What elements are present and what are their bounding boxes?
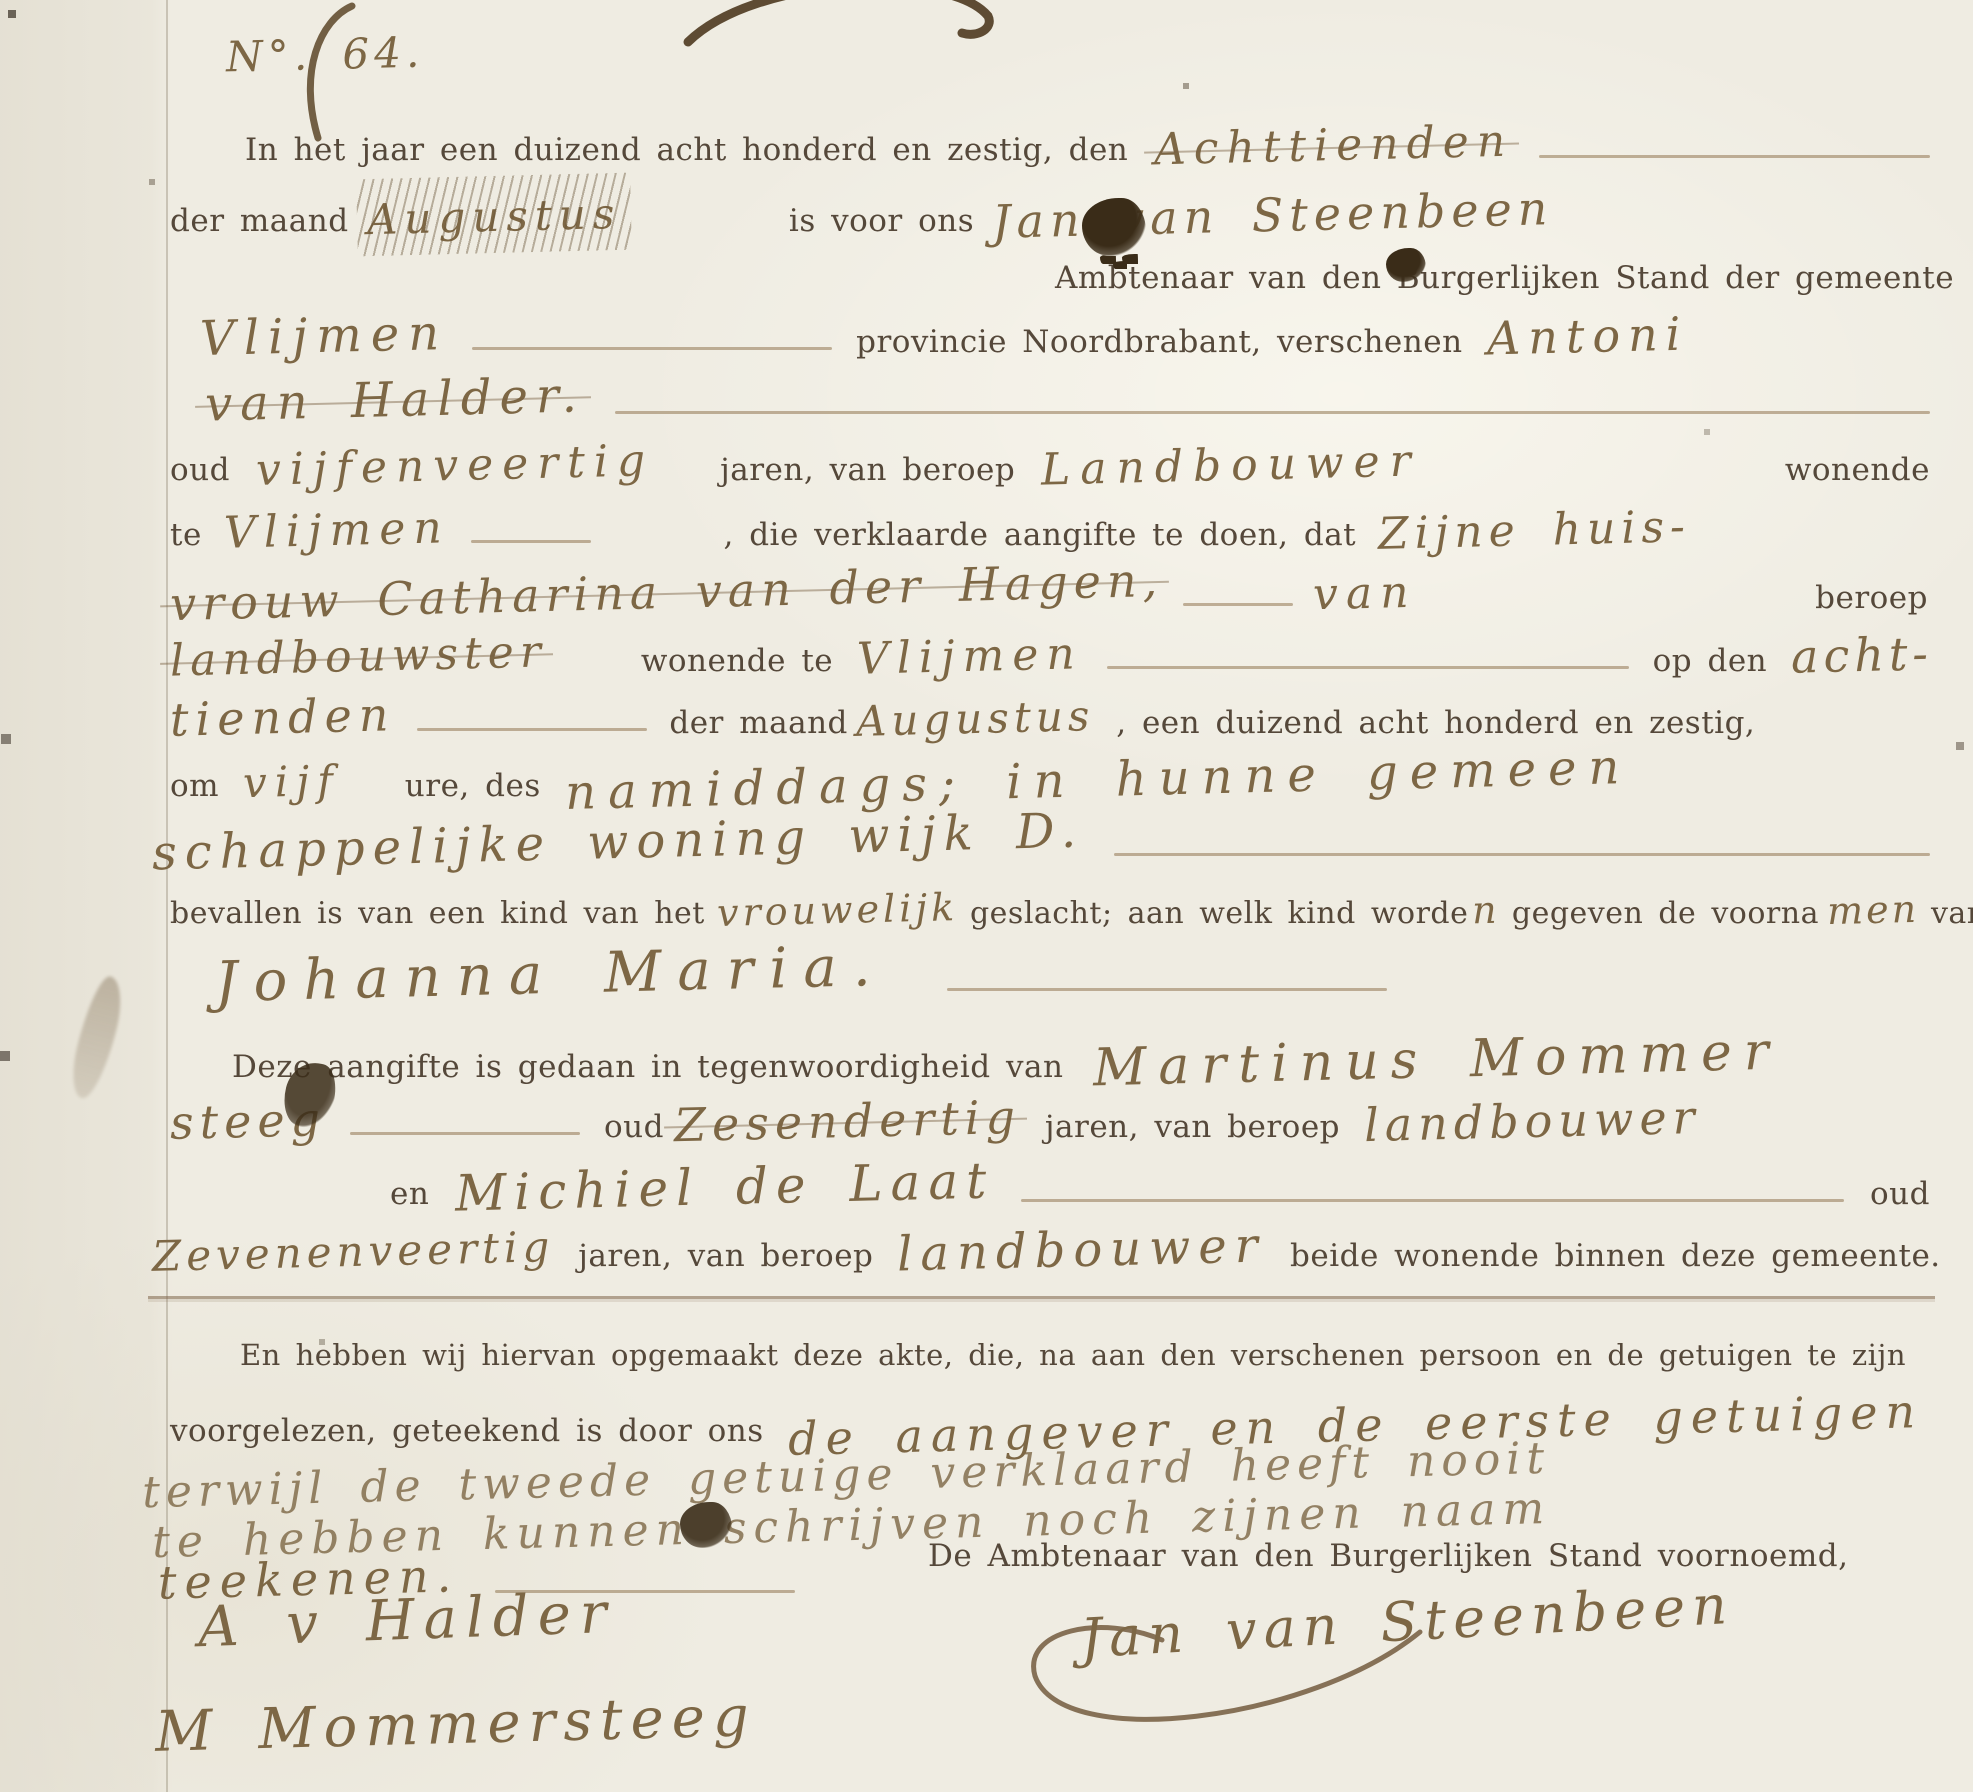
ink-blot [680,1502,732,1548]
printed-age-label3: oud [1870,1176,1930,1212]
entry-month: Augustus [366,189,621,244]
fill-rule [350,1125,580,1137]
entry-witness1-name-part1: Martinus Mommer [1093,1022,1782,1099]
printed-closing2: voorgelezen, geteekend is door ons [170,1413,764,1449]
printed-occupation-label: jaren, van beroep [720,452,1015,488]
entry-witness1-occupation: landbouwer [1363,1090,1701,1152]
ink-flourish-top-center [688,0,989,42]
printed-closing1: En hebben wij hiervan opgemaakt deze akt… [240,1338,1906,1372]
entry-mother-intro: Zijne huis- [1378,501,1692,560]
entry-registrar-name: Jan van Steenbeen [992,181,1555,249]
entry-municipality: Vlijmen [199,305,448,367]
entry-day: Achttienden [1154,116,1514,176]
printed-age-label2: oud [604,1109,664,1145]
entry-declarant-age: vijfenveertig [255,435,654,496]
entry-mother-van: van [1313,567,1418,621]
printed-at-time: om [170,768,219,804]
entry-child-name: Johanna Maria. [214,934,887,1015]
printed-before-us: is voor ons [789,203,974,239]
signature-declarant: A v Halder [197,1581,617,1661]
printed-year-phrase: In het jaar een duizend acht honderd en … [245,132,1128,168]
printed-and-word: en [390,1176,429,1212]
entry-witness2-name: Michiel de Laat [455,1151,996,1222]
ink-blot [1386,248,1426,282]
printed-declaration-phrase: , die verklaarde aangifte te doen, dat [723,517,1356,553]
printed-age-label: oud [170,452,230,488]
signature-official: Jan van Steenbeen [1079,1573,1735,1670]
entry-declarant-surname: van Halder. [204,367,585,432]
entry-mother-name: vrouw Catharina van der Hagen, [169,553,1163,631]
fill-rule [472,340,832,352]
ink-blot [1082,198,1146,256]
entry-birth-day-part1: acht- [1791,626,1934,683]
entry-witness2-occupation: landbouwer [897,1218,1267,1283]
printed-month-label2: der maand [669,705,848,741]
printed-residing-label: wonende [1785,452,1930,488]
section-divider-line [148,1296,1935,1299]
act-number: N°. 64. [225,28,424,82]
entry-birth-time-of-day: namiddags; in hunne gemeen [564,739,1632,821]
printed-born-phrase: bevallen is van een kind van het [170,896,705,931]
printed-residing-at: wonende te [641,643,833,679]
fill-rule [1114,846,1930,858]
printed-province-phrase: provincie Noordbrabant, verschenen [856,324,1462,360]
printed-both-residing: beide wonende binnen deze gemeente. [1290,1238,1941,1274]
printed-given-names-phrase: gegeven de voorna [1512,896,1819,931]
printed-occupation-word: beroep [1815,580,1928,616]
entry-plural-men: men [1826,887,1919,933]
signature-witness: M Mommersteeg [154,1684,757,1765]
entry-birth-day-part2: tienden [169,687,396,746]
entry-witness2-age: Zevenenveertig [151,1222,554,1281]
printed-hour-phrase: ure, des [405,768,541,804]
fill-rule [1183,596,1293,608]
printed-at-label: te [170,517,202,553]
entry-birth-month: Augustus [855,691,1094,746]
printed-witnesses-phrase: Deze aangifte is gedaan in tegenwoordigh… [232,1049,1063,1085]
fill-rule [947,981,1387,993]
entry-declarant-first-name: Antoni [1486,307,1689,366]
entry-mother-occupation: landbouwster [169,626,547,686]
printed-gender-phrase: geslacht; aan welk kind worde [970,896,1468,931]
printed-occupation-label2: jaren, van beroep [1045,1109,1340,1145]
printed-registrar-title: Ambtenaar van den Burgerlijken Stand der… [1055,260,1954,296]
entry-birth-house: schappelijke woning wijk D. [151,803,1084,882]
printed-month-label: der maand [170,203,349,239]
printed-of-word: van [1931,896,1973,931]
ink-smudge [65,973,128,1103]
fill-rule [417,721,647,733]
printed-official-closing: De Ambtenaar van den Burgerlijken Stand … [928,1538,1848,1574]
entry-mother-residence: Vlijmen [857,628,1084,684]
fill-rule [1021,1192,1844,1204]
entry-birth-hour: vijf [242,756,341,807]
entry-declarant-residence: Vlijmen [223,502,450,558]
entry-child-gender: vrouwelijk [716,885,958,935]
birth-certificate-page: N°. 64. In het jaar een duizend acht hon… [0,0,1973,1792]
printed-occupation-label3: jaren, van beroep [578,1238,873,1274]
fill-rule [1107,659,1629,671]
printed-year-suffix: , een duizend acht honderd en zestig, [1116,705,1755,741]
fill-rule [1539,148,1930,160]
paper-specks [0,0,4,4]
entry-witness1-age: Zesendertig [673,1090,1021,1152]
fill-rule [615,404,1930,416]
printed-on-the: op den [1653,643,1768,679]
entry-plural-n: n [1472,888,1501,933]
fill-rule [471,533,591,545]
entry-declarant-occupation: Landbouwer [1041,435,1422,495]
